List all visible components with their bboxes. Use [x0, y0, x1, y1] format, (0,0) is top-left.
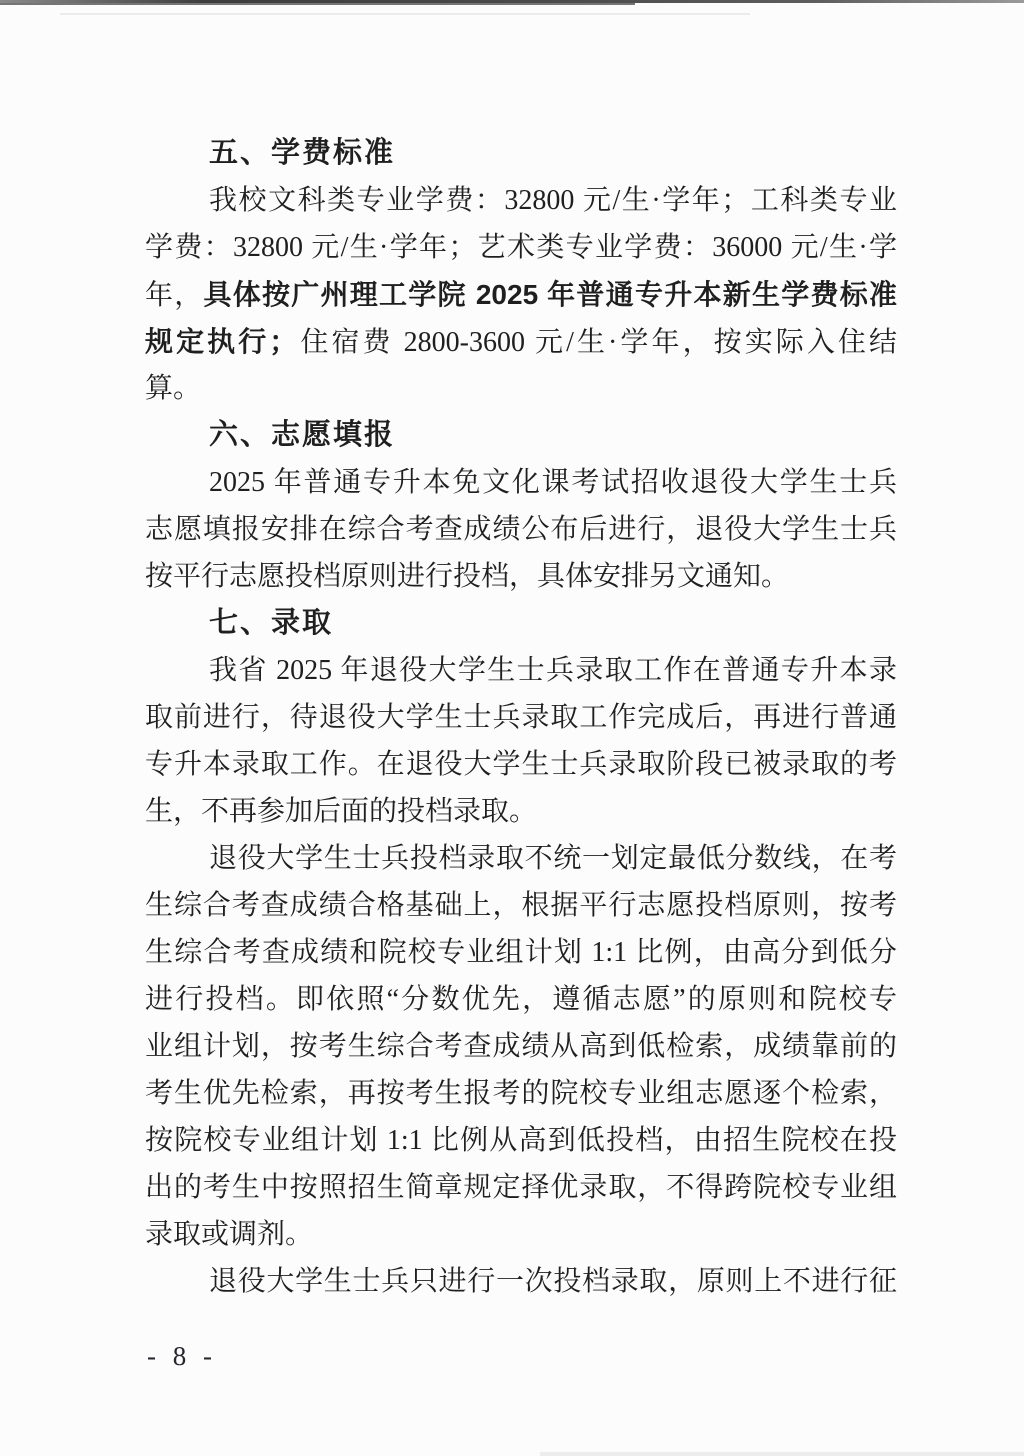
text-line: 学费：32800 元/生·学年；艺术类专业学费：36000 元/生·学: [145, 224, 897, 271]
text-line: 生综合考查成绩合格基础上，根据平行志愿投档原则，按考: [145, 882, 897, 929]
text-segment: 专升本录取工作。在退役大学生士兵录取阶段已被录取的考: [145, 749, 897, 780]
text-segment: 学费：32800 元/生·学年；艺术类专业学费：36000 元/生·学: [145, 232, 897, 263]
text-segment: 我省 2025 年退役大学生士兵录取工作在普通专升本录: [209, 655, 897, 686]
text-segment-bold: 规定执行；: [145, 326, 297, 357]
section-heading-application: 六、志愿填报: [145, 412, 897, 459]
text-segment: 业组计划，按考生综合考查成绩从高到低检索，成绩靠前的: [145, 1031, 897, 1062]
text-line: 志愿填报安排在综合考查成绩公布后进行，退役大学生士兵: [145, 506, 897, 553]
text-segment: 我校文科类专业学费：32800 元/生·学年；工科类专业: [209, 185, 897, 216]
page-number: - 8 -: [147, 1341, 217, 1372]
text-line: 录取或调剂。: [145, 1211, 897, 1258]
text-line: 算。: [145, 365, 897, 412]
text-line: 考生优先检索，再按考生报考的院校专业组志愿逐个检索，: [145, 1070, 897, 1117]
text-line: 我省 2025 年退役大学生士兵录取工作在普通专升本录: [145, 647, 897, 694]
text-segment: 考生优先检索，再按考生报考的院校专业组志愿逐个检索，: [145, 1078, 897, 1109]
section-heading-admission: 七、录取: [145, 600, 897, 647]
scan-edge-top-shadow: [0, 3, 635, 5]
text-segment: 退役大学生士兵投档录取不统一划定最低分数线，在考: [209, 843, 897, 874]
section-heading-tuition: 五、学费标准: [145, 130, 897, 177]
text-line: 按院校专业组计划 1:1 比例从高到低投档，由招生院校在投: [145, 1117, 897, 1164]
text-segment-bold: 具体按广州理工学院 2025 年普通专升本新生学费标准: [204, 279, 897, 310]
text-line: 业组计划，按考生综合考查成绩从高到低检索，成绩靠前的: [145, 1023, 897, 1070]
text-line: 按平行志愿投档原则进行投档，具体安排另文通知。: [145, 553, 897, 600]
text-segment: 按平行志愿投档原则进行投档，具体安排另文通知。: [145, 561, 789, 592]
text-segment: 生综合考查成绩合格基础上，根据平行志愿投档原则，按考: [145, 890, 897, 921]
text-segment: 出的考生中按照招生简章规定择优录取，不得跨院校专业组: [145, 1172, 897, 1203]
text-segment: 按院校专业组计划 1:1 比例从高到低投档，由招生院校在投: [145, 1125, 897, 1156]
text-segment: 生，不再参加后面的投档录取。: [145, 796, 537, 827]
text-line: 年，具体按广州理工学院 2025 年普通专升本新生学费标准: [145, 271, 897, 318]
text-line: 2025 年普通专升本免文化课考试招收退役大学生士兵: [145, 459, 897, 506]
text-segment: 年，: [145, 280, 204, 311]
text-line: 生，不再参加后面的投档录取。: [145, 788, 897, 835]
text-line: 规定执行；住宿费 2800-3600 元/生·学年，按实际入住结: [145, 318, 897, 365]
text-line: 生综合考查成绩和院校专业组计划 1:1 比例，由高分到低分: [145, 929, 897, 976]
text-segment: 生综合考查成绩和院校专业组计划 1:1 比例，由高分到低分: [145, 937, 897, 968]
text-line: 退役大学生士兵投档录取不统一划定最低分数线，在考: [145, 835, 897, 882]
document-page: 五、学费标准 我校文科类专业学费：32800 元/生·学年；工科类专业 学费：3…: [0, 0, 1024, 1456]
text-line: 进行投档。即依照“分数优先，遵循志愿”的原则和院校专: [145, 976, 897, 1023]
text-segment: 进行投档。即依照“分数优先，遵循志愿”的原则和院校专: [145, 984, 897, 1015]
scan-edge-bottom: [540, 1452, 1024, 1456]
text-line: 专升本录取工作。在退役大学生士兵录取阶段已被录取的考: [145, 741, 897, 788]
text-segment: 录取或调剂。: [145, 1219, 313, 1250]
text-segment: 算。: [145, 373, 201, 404]
text-line: 我校文科类专业学费：32800 元/生·学年；工科类专业: [145, 177, 897, 224]
scan-smudge: [60, 13, 750, 15]
text-line: 出的考生中按照招生简章规定择优录取，不得跨院校专业组: [145, 1164, 897, 1211]
text-line: 退役大学生士兵只进行一次投档录取，原则上不进行征: [145, 1258, 897, 1305]
text-line: 取前进行，待退役大学生士兵录取工作完成后，再进行普通: [145, 694, 897, 741]
text-segment: 住宿费 2800-3600 元/生·学年，按实际入住结: [297, 327, 897, 358]
text-segment: 取前进行，待退役大学生士兵录取工作完成后，再进行普通: [145, 702, 897, 733]
text-segment: 2025 年普通专升本免文化课考试招收退役大学生士兵: [209, 467, 897, 498]
document-body: 五、学费标准 我校文科类专业学费：32800 元/生·学年；工科类专业 学费：3…: [145, 130, 897, 1305]
text-segment: 志愿填报安排在综合考查成绩公布后进行，退役大学生士兵: [145, 514, 897, 545]
text-segment: 退役大学生士兵只进行一次投档录取，原则上不进行征: [209, 1266, 897, 1297]
